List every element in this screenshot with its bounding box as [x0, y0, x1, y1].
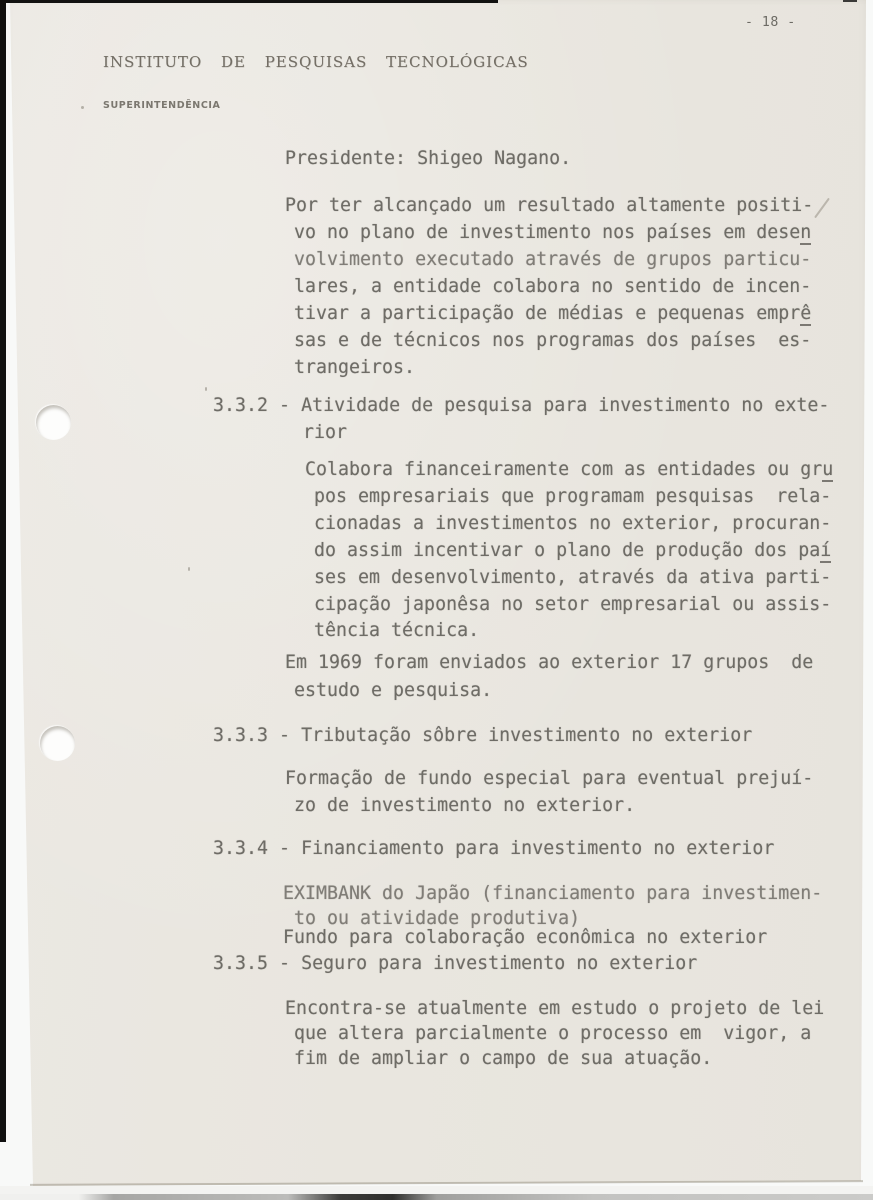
typed-line: Fundo para colaboração econômica no exte…: [283, 928, 767, 947]
letterhead-institution: INSTITUTO DE PESQUISAS TECNOLÓGICAS: [103, 53, 529, 71]
typed-line: Formação de fundo especial para eventual…: [285, 769, 813, 788]
page-number: - 18 -: [745, 15, 796, 30]
ink-speck: [188, 567, 190, 571]
typed-line: estudo e pesquisa.: [294, 681, 492, 700]
ink-speck: [81, 106, 84, 109]
typed-line: tência técnica.: [314, 621, 479, 640]
paper-sheet: - 18 - INSTITUTO DE PESQUISAS TECNOLÓGIC…: [0, 0, 873, 1200]
scan-edge-left: [0, 0, 6, 1142]
typed-line: volvimento executado através de grupos p…: [294, 250, 811, 269]
typed-line: EXIMBANK do Japão (financiamento para in…: [283, 884, 822, 903]
typed-line: que altera parcialmente o processo em vi…: [294, 1024, 811, 1043]
section-heading-3-3-5: 3.3.5 - Seguro para investimento no exte…: [213, 954, 697, 973]
typed-line: ses em desenvolvimento, através da ativa…: [314, 568, 831, 587]
typed-line: Em 1969 foram enviados ao exterior 17 gr…: [285, 653, 813, 672]
section-heading-3-3-4: 3.3.4 - Financiamento para investimento …: [213, 839, 774, 858]
ink-speck: [205, 387, 207, 391]
scan-edge-bottom: [0, 1194, 873, 1200]
typed-line: Encontra-se atualmente em estudo o proje…: [285, 999, 824, 1018]
typed-line: tivar a participação de médias e pequena…: [294, 304, 811, 323]
typed-line: vo no plano de investimento nos países e…: [294, 223, 811, 242]
typed-line: trangeiros.: [294, 358, 415, 377]
typed-line-president: Presidente: Shigeo Nagano.: [285, 149, 571, 168]
typed-line: sas e de técnicos nos programas dos país…: [294, 331, 811, 350]
scan-edge-top: [0, 0, 498, 3]
section-heading-3-3-3: 3.3.3 - Tributação sôbre investimento no…: [213, 726, 752, 745]
typed-line: zo de investimento no exterior.: [294, 796, 635, 815]
typed-line: cipação japonêsa no setor empresarial ou…: [314, 595, 831, 614]
typed-line: Por ter alcançado um resultado altamente…: [285, 196, 813, 215]
letterhead-department: SUPERINTENDÊNCIA: [103, 100, 221, 111]
typed-line: lares, a entidade colabora no sentido de…: [294, 277, 811, 296]
typed-line: pos empresariais que programam pesquisas…: [314, 487, 831, 506]
typed-line: fim de ampliar o campo de sua atuação.: [294, 1049, 712, 1068]
typed-line: do assim incentivar o plano de produção …: [314, 541, 831, 560]
scan-edge-top-right: [843, 0, 857, 2]
typed-line: cionadas a investimentos no exterior, pr…: [314, 514, 831, 533]
section-number: 3.3.3 -: [213, 725, 301, 746]
pencil-mark: [814, 198, 830, 219]
punch-hole-top: [36, 405, 71, 440]
section-number: 3.3.2 -: [213, 395, 301, 416]
section-number: 3.3.5 -: [213, 953, 301, 974]
typed-line: rior: [303, 423, 347, 442]
section-number: 3.3.4 -: [213, 838, 301, 859]
typed-line: Colabora financeiramente com as entidade…: [305, 460, 833, 479]
punch-hole-bottom: [40, 726, 75, 761]
section-heading-3-3-2: 3.3.2 - Atividade de pesquisa para inves…: [213, 396, 829, 415]
typed-line: to ou atividade produtiva): [294, 909, 580, 928]
scanned-document: - 18 - INSTITUTO DE PESQUISAS TECNOLÓGIC…: [0, 0, 873, 1200]
